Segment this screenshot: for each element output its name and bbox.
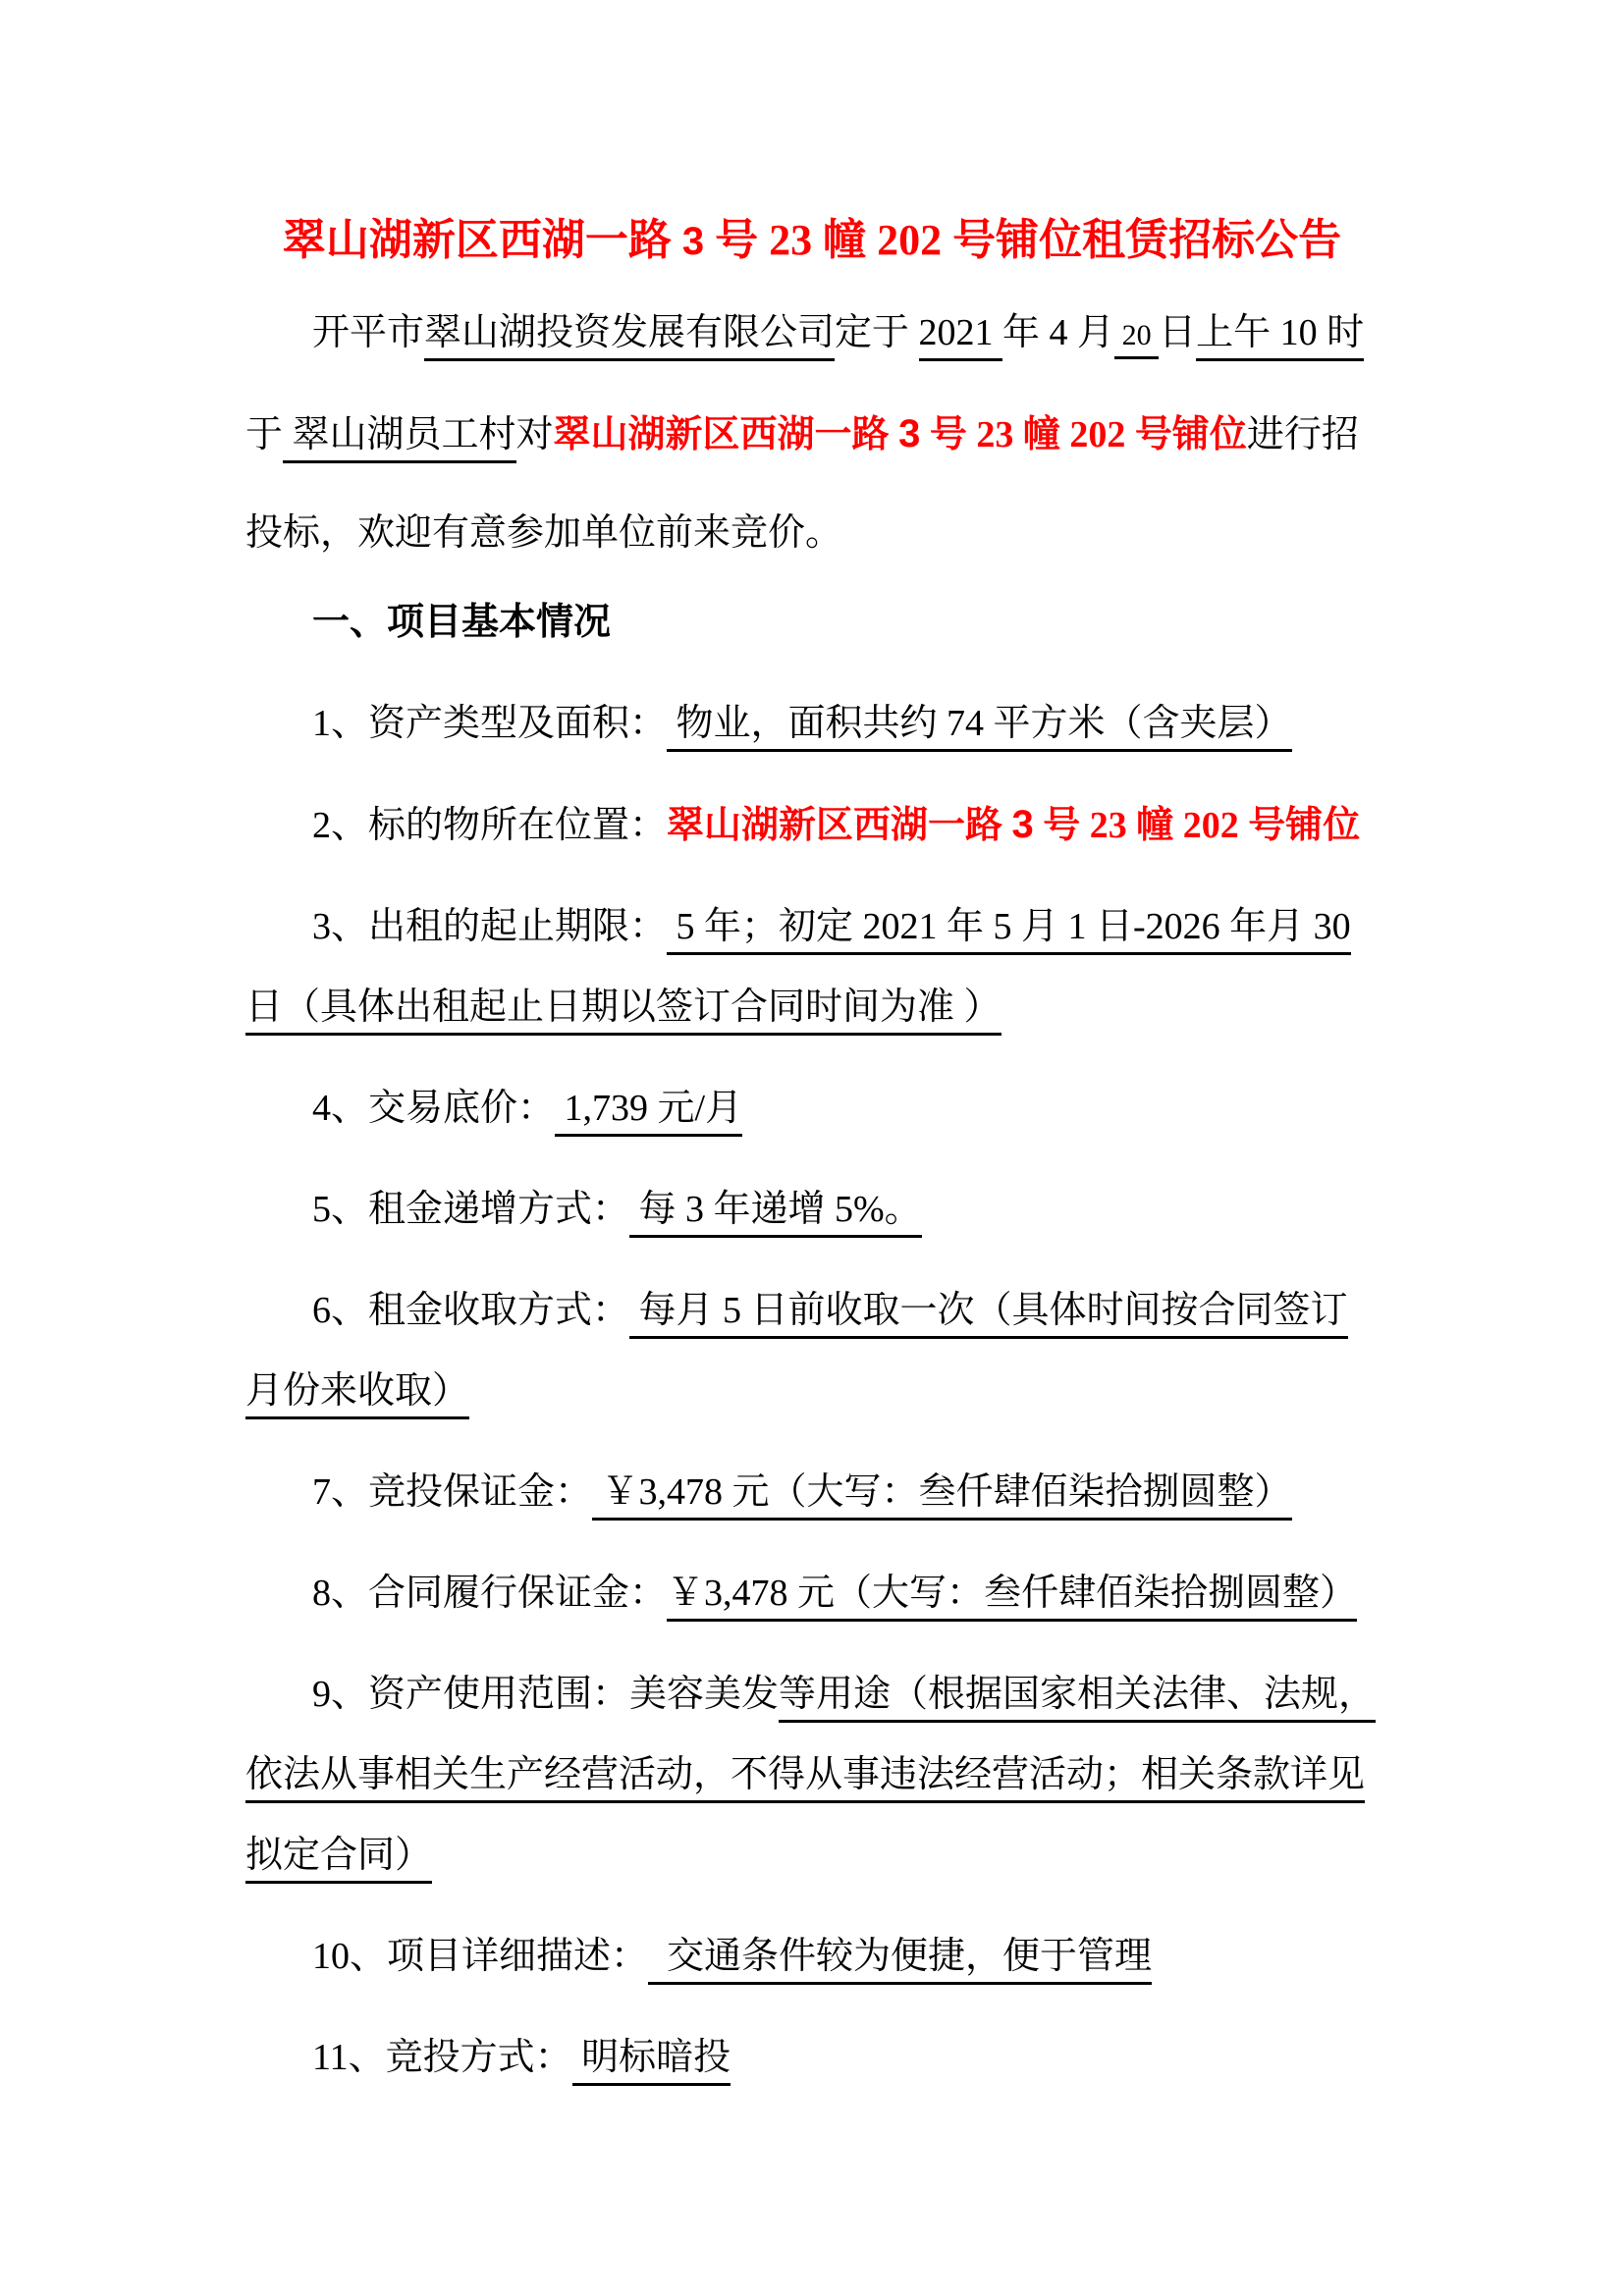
text-segment-bold: 一、项目基本情况 bbox=[312, 602, 611, 643]
paragraph-intro: 开平市翠山湖投资发展有限公司定于 2021 年 4 月 20 日上午 10 时于… bbox=[245, 284, 1379, 582]
text-segment-plain: 开平市 bbox=[312, 312, 424, 353]
text-segment-plain: 7、竞投保证金： bbox=[312, 1471, 592, 1513]
document-line: 日（具体出租起止日期以签订合同时间为准 ） bbox=[245, 967, 1379, 1047]
paragraph-item-8: 8、合同履行保证金：￥3,478 元（大写：叁仟肆佰柒拾捌圆整） bbox=[245, 1553, 1379, 1633]
paragraph-item-6: 6、租金收取方式： 每月 5 日前收取一次（具体时间按合同签订月份来收取） bbox=[245, 1270, 1379, 1431]
document-line: 依法从事相关生产经营活动，不得从事违法经营活动；相关条款详见 bbox=[245, 1735, 1379, 1815]
text-segment-underline: 翠山湖投资发展有限公司 bbox=[424, 312, 835, 361]
document-page: 翠山湖新区西湖一路 3 号 23 幢 202 号铺位租赁招标公告 开平市翠山湖投… bbox=[0, 0, 1624, 2296]
paragraph-item-1: 1、资产类型及面积： 物业，面积共约 74 平方米（含夹层） bbox=[245, 683, 1379, 764]
paragraph-item-10: 10、项目详细描述： 交通条件较为便捷，便于管理 bbox=[245, 1916, 1379, 1997]
text-segment-underline: 上午 10 时 bbox=[1196, 312, 1364, 361]
text-segment-underline: 依法从事相关生产经营活动，不得从事违法经营活动；相关条款详见 bbox=[245, 1754, 1365, 1803]
text-segment-red-digit: 3 bbox=[1012, 803, 1034, 846]
text-segment-underline: ￥3,478 元（大写：叁仟肆佰柒拾捌圆整） bbox=[592, 1471, 1292, 1521]
text-segment-plain: 8、合同履行保证金： bbox=[312, 1573, 667, 1614]
text-segment-plain: 年 4 月 bbox=[1002, 312, 1114, 353]
text-segment-plain: 5、租金递增方式： bbox=[312, 1189, 629, 1230]
text-segment-red: 翠山湖新区西湖一路 bbox=[554, 414, 899, 455]
text-segment-underline-small: 20 bbox=[1114, 319, 1159, 359]
text-segment-underline: 翠山湖员工村 bbox=[283, 414, 516, 463]
document-title: 翠山湖新区西湖一路 3 号 23 幢 202 号铺位租赁招标公告 bbox=[245, 206, 1379, 276]
text-segment-underline: 拟定合同） bbox=[245, 1835, 432, 1884]
paragraph-item-5: 5、租金递增方式： 每 3 年递增 5%。 bbox=[245, 1169, 1379, 1250]
paragraph-section-heading: 一、项目基本情况 bbox=[245, 582, 1379, 663]
document-line: 5、租金递增方式： 每 3 年递增 5%。 bbox=[245, 1169, 1379, 1250]
paragraph-item-7: 7、竞投保证金： ￥3,478 元（大写：叁仟肆佰柒拾捌圆整） bbox=[245, 1452, 1379, 1532]
text-segment-underline: 每 3 年递增 5%。 bbox=[629, 1189, 922, 1238]
text-segment-plain: 定于 bbox=[835, 312, 919, 353]
text-segment-underline: 明标暗投 bbox=[572, 2037, 731, 2086]
text-segment-plain: 11、竞投方式： bbox=[312, 2037, 572, 2078]
document-line: 2、标的物所在位置：翠山湖新区西湖一路 3 号 23 幢 202 号铺位 bbox=[245, 784, 1379, 866]
paragraph-item-2: 2、标的物所在位置：翠山湖新区西湖一路 3 号 23 幢 202 号铺位 bbox=[245, 784, 1379, 866]
document-line: 于 翠山湖员工村对翠山湖新区西湖一路 3 号 23 幢 202 号铺位进行招 bbox=[245, 385, 1379, 484]
document-line: 4、交易底价： 1,739 元/月 bbox=[245, 1068, 1379, 1148]
text-segment-red-digit: 3 bbox=[682, 220, 704, 263]
text-segment-red: 翠山湖新区西湖一路 bbox=[667, 805, 1012, 846]
paragraph-item-9: 9、资产使用范围：美容美发等用途（根据国家相关法律、法规，依法从事相关生产经营活… bbox=[245, 1654, 1379, 1896]
document-line: 8、合同履行保证金：￥3,478 元（大写：叁仟肆佰柒拾捌圆整） bbox=[245, 1553, 1379, 1633]
text-segment-plain: 对 bbox=[516, 414, 554, 455]
document-line: 11、竞投方式： 明标暗投 bbox=[245, 2017, 1379, 2098]
text-segment-underline: 2021 bbox=[919, 312, 1003, 361]
text-segment-plain: 2、标的物所在位置： bbox=[312, 805, 667, 846]
document-line: 投标，欢迎有意参加单位前来竞价。 bbox=[245, 484, 1379, 582]
text-segment-underline: 5 年；初定 2021 年 5 月 1 日-2026 年月 30 bbox=[667, 906, 1351, 955]
document-line: 7、竞投保证金： ￥3,478 元（大写：叁仟肆佰柒拾捌圆整） bbox=[245, 1452, 1379, 1532]
text-segment-red: 翠山湖新区西湖一路 bbox=[283, 216, 682, 264]
document-line: 9、资产使用范围：美容美发等用途（根据国家相关法律、法规， bbox=[245, 1654, 1379, 1735]
text-segment-red: 号 23 幢 202 号铺位租赁招标公告 bbox=[704, 216, 1341, 264]
text-segment-underline: ￥3,478 元（大写：叁仟肆佰柒拾捌圆整） bbox=[667, 1573, 1357, 1622]
paragraph-item-11: 11、竞投方式： 明标暗投 bbox=[245, 2017, 1379, 2098]
document-line: 1、资产类型及面积： 物业，面积共约 74 平方米（含夹层） bbox=[245, 683, 1379, 764]
document-line: 一、项目基本情况 bbox=[245, 582, 1379, 663]
text-segment-plain: 日 bbox=[1159, 312, 1196, 353]
document-line: 6、租金收取方式： 每月 5 日前收取一次（具体时间按合同签订 bbox=[245, 1270, 1379, 1351]
text-segment-plain: 9、资产使用范围：美容美发 bbox=[312, 1674, 779, 1715]
text-segment-underline: 交通条件较为便捷，便于管理 bbox=[648, 1936, 1152, 1985]
paragraph-item-3: 3、出租的起止期限： 5 年；初定 2021 年 5 月 1 日-2026 年月… bbox=[245, 886, 1379, 1047]
text-segment-plain: 进行招 bbox=[1247, 414, 1359, 455]
document-line: 10、项目详细描述： 交通条件较为便捷，便于管理 bbox=[245, 1916, 1379, 1997]
paragraph-item-4: 4、交易底价： 1,739 元/月 bbox=[245, 1068, 1379, 1148]
document-line: 月份来收取） bbox=[245, 1351, 1379, 1431]
text-segment-underline: 等用途（根据国家相关法律、法规， bbox=[779, 1674, 1376, 1723]
text-segment-plain: 4、交易底价： bbox=[312, 1088, 555, 1129]
document-line: 开平市翠山湖投资发展有限公司定于 2021 年 4 月 20 日上午 10 时 bbox=[245, 284, 1379, 385]
text-segment-underline: 日（具体出租起止日期以签订合同时间为准 ） bbox=[245, 987, 1001, 1036]
text-segment-underline: 物业，面积共约 74 平方米（含夹层） bbox=[667, 703, 1292, 752]
text-segment-red: 号 23 幢 202 号铺位 bbox=[920, 414, 1247, 455]
text-segment-red: 号 23 幢 202 号铺位 bbox=[1034, 805, 1361, 846]
text-segment-plain: 投标，欢迎有意参加单位前来竞价。 bbox=[245, 512, 842, 554]
text-segment-plain: 6、租金收取方式： bbox=[312, 1290, 629, 1331]
text-segment-underline: 1,739 元/月 bbox=[555, 1088, 742, 1137]
text-segment-plain: 10、项目详细描述： bbox=[312, 1936, 648, 1977]
text-segment-underline: 每月 5 日前收取一次（具体时间按合同签订 bbox=[629, 1290, 1348, 1339]
document-body: 开平市翠山湖投资发展有限公司定于 2021 年 4 月 20 日上午 10 时于… bbox=[245, 284, 1379, 2098]
text-segment-red-digit: 3 bbox=[898, 412, 920, 455]
text-segment-plain: 1、资产类型及面积： bbox=[312, 703, 667, 744]
document-line: 拟定合同） bbox=[245, 1815, 1379, 1896]
text-segment-underline: 月份来收取） bbox=[245, 1370, 469, 1419]
text-segment-plain: 于 bbox=[245, 414, 283, 455]
text-segment-plain: 3、出租的起止期限： bbox=[312, 906, 667, 947]
document-line: 3、出租的起止期限： 5 年；初定 2021 年 5 月 1 日-2026 年月… bbox=[245, 886, 1379, 967]
